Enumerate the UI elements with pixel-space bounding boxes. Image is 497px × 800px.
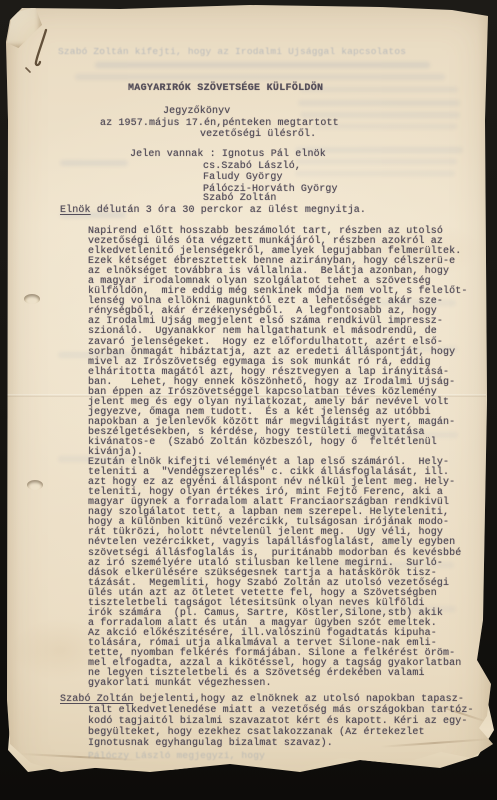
chairman-report-paragraph: Napirend előtt hosszabb beszámolót tart,…: [88, 227, 482, 689]
date-line: az 1957.május 17.én,pénteken megtartott: [100, 118, 339, 129]
punch-hole: [24, 294, 40, 304]
document-page: Szabó Zoltán kifejti, hogy az Irodalmi U…: [0, 0, 497, 800]
opening-text: délután 3 óra 30 perckor az ülést megnyi…: [91, 205, 366, 216]
opening-line: Elnök délután 3 óra 30 perckor az ülést …: [60, 205, 366, 216]
pencil-mark: [20, 24, 54, 78]
attendee-name: cs.Szabó László,: [203, 161, 301, 172]
attendee-name: Faludy György: [203, 172, 283, 183]
motion-first-line: Szabó Zoltán bejelenti,hogy az elnöknek …: [60, 694, 464, 705]
bleedthrough-smudge: [295, 171, 455, 176]
present-label: Jelen vannak :: [130, 149, 222, 160]
punch-hole: [27, 480, 43, 490]
subject-line: vezetőségi ülésről.: [200, 129, 316, 140]
bleedthrough-text-top: Szabó Zoltán kifejti, hogy az Irodalmi U…: [58, 46, 406, 57]
speaker-name: Szabó Zoltán: [60, 694, 133, 705]
document-type: Jegyzőkönyv: [163, 106, 230, 117]
bleedthrough-smudge: [60, 160, 128, 166]
attendee-name: Ignotus Pál elnök: [222, 149, 326, 160]
bleedthrough-smudge: [298, 100, 460, 106]
bleedthrough-smudge: [300, 87, 458, 92]
motion-paragraph: talt elkedvetlenedése miatt a vezetőség …: [88, 705, 492, 749]
photo-backdrop: Szabó Zoltán kifejti, hogy az Irodalmi U…: [0, 0, 497, 800]
bleedthrough-smudge: [95, 62, 430, 68]
organization-title: MAGYARIRÓK SZÖVETSÉGE KÜLFÖLDÖN: [128, 83, 323, 94]
attendees-row: Jelen vannak : Ignotus Pál elnök: [130, 149, 326, 160]
motion-text: bejelenti,hogy az elnöknek az utolsó nap…: [133, 694, 464, 705]
bleedthrough-smudge: [75, 74, 445, 80]
speaker-name: Elnök: [60, 205, 91, 216]
attendee-name: Szabó Zoltán: [203, 193, 276, 204]
